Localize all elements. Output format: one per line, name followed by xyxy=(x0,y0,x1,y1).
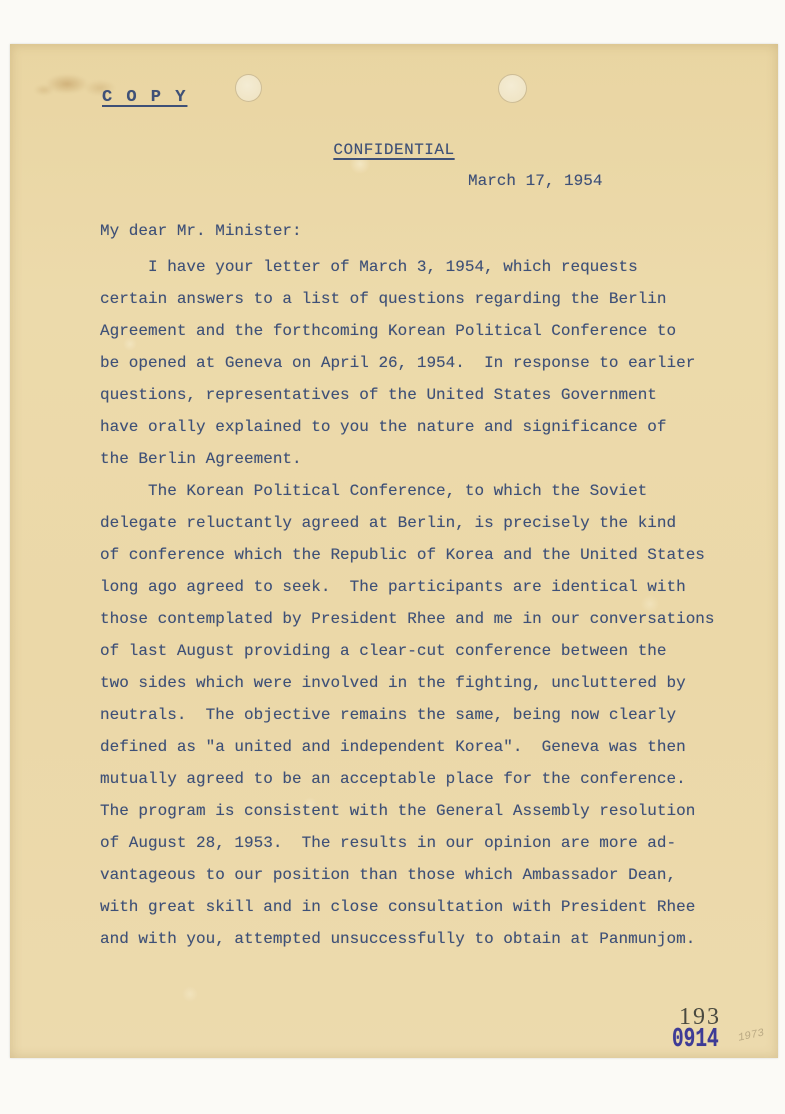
paragraph-2: The Korean Political Conference, to whic… xyxy=(100,475,740,955)
letter-line: with great skill and in close consultati… xyxy=(100,891,740,923)
letter-line: of August 28, 1953. The results in our o… xyxy=(100,827,740,859)
letter-line: neutrals. The objective remains the same… xyxy=(100,699,740,731)
letter-line: The program is consistent with the Gener… xyxy=(100,795,740,827)
letter-line: and with you, attempted unsuccessfully t… xyxy=(100,923,740,955)
letter-paper: C O P Y CONFIDENTIAL March 17, 1954 My d… xyxy=(10,44,778,1058)
letter-line: I have your letter of March 3, 1954, whi… xyxy=(100,251,740,283)
salutation: My dear Mr. Minister: xyxy=(100,215,740,247)
letter-line: questions, representatives of the United… xyxy=(100,379,740,411)
letter-line: be opened at Geneva on April 26, 1954. I… xyxy=(100,347,740,379)
footer-numbers: 193 0914 xyxy=(672,1004,782,1055)
letter-line: Agreement and the forthcoming Korean Pol… xyxy=(100,315,740,347)
letter-line: of conference which the Republic of Kore… xyxy=(100,539,740,571)
letter-line: of last August providing a clear-cut con… xyxy=(100,635,740,667)
paragraph-1: I have your letter of March 3, 1954, whi… xyxy=(100,251,740,475)
classification-label: CONFIDENTIAL xyxy=(10,141,778,159)
letter-line: The Korean Political Conference, to whic… xyxy=(100,475,740,507)
letter-body: My dear Mr. Minister: I have your letter… xyxy=(100,215,740,955)
date-line: March 17, 1954 xyxy=(468,172,602,190)
document-scan-view: C O P Y CONFIDENTIAL March 17, 1954 My d… xyxy=(0,0,785,1114)
letter-line: vantageous to our position than those wh… xyxy=(100,859,740,891)
letter-line: delegate reluctantly agreed at Berlin, i… xyxy=(100,507,740,539)
letter-line: long ago agreed to seek. The participant… xyxy=(100,571,740,603)
letter-line: two sides which were involved in the fig… xyxy=(100,667,740,699)
letter-line: have orally explained to you the nature … xyxy=(100,411,740,443)
letter-line: the Berlin Agreement. xyxy=(100,443,740,475)
letter-line: certain answers to a list of questions r… xyxy=(100,283,740,315)
punch-hole xyxy=(498,74,527,103)
letter-line: defined as "a united and independent Kor… xyxy=(100,731,740,763)
copy-label: C O P Y xyxy=(102,88,187,107)
letter-line: those contemplated by President Rhee and… xyxy=(100,603,740,635)
letter-line: mutually agreed to be an acceptable plac… xyxy=(100,763,740,795)
punch-hole xyxy=(235,74,262,102)
